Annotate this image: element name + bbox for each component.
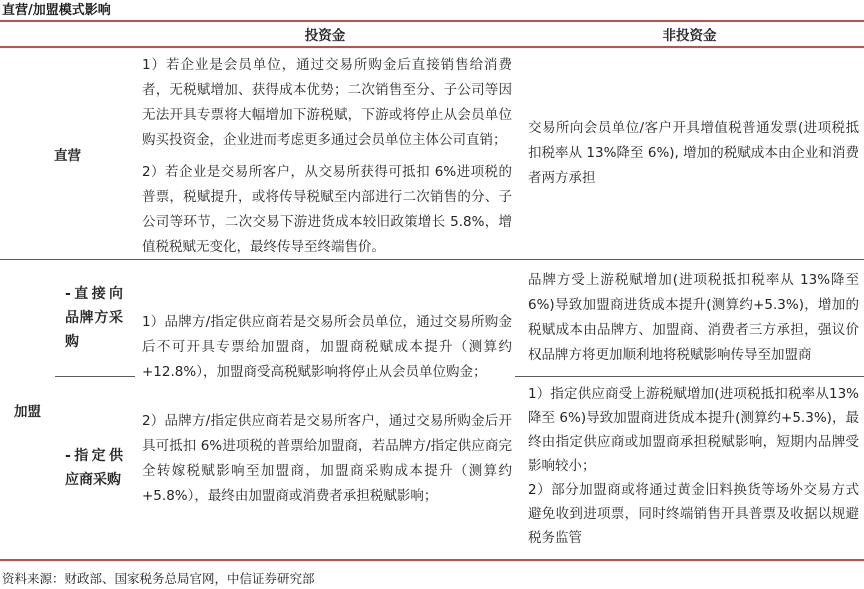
sublabel-designated-supplier: -指定供应商采购 (65, 444, 123, 492)
sublabel-direct-from-brand: -直接向品牌方采购 (65, 282, 123, 354)
direct-non-invest-gold-cell: 交易所向会员单位/客户开具增值税普通发票(进项税抵扣税率从 13%降至 6%),… (515, 48, 864, 260)
page-title: 直营/加盟模式影响 (0, 0, 864, 20)
franchise-non-invest-supplier-point-1: 1）指定供应商受上游税赋增加(进项税抵扣税率从13%降至 6%)导致加盟商进货成… (528, 382, 859, 478)
franchise-invest-point-1: 1）品牌方/指定供应商若是交易所会员单位，通过交易所购金后不可开具专票给加盟商，… (142, 310, 512, 385)
franchise-invest-point-2: 2）品牌方/指定供应商若是交易所客户，通过交易所购金后开具可抵扣 6%进项税的普… (142, 409, 512, 509)
franchise-invest-gold-cell: 1）品牌方/指定供应商若是交易所会员单位，通过交易所购金后不可开具专票给加盟商，… (135, 260, 515, 559)
column-header-non-invest-gold: 非投资金 (515, 22, 864, 48)
franchise-non-invest-supplier-cell: 1）指定供应商受上游税赋增加(进项税抵扣税率从13%降至 6%)导致加盟商进货成… (515, 377, 864, 559)
source-note: 资料来源：财政部、国家税务总局官网，中信证券研究部 (0, 561, 864, 587)
research-table-page: 直营/加盟模式影响 投资金 非投资金 直营 1）若企业是会员单位，通过交易所购金… (0, 0, 864, 589)
franchise-non-invest-supplier-point-2: 2）部分加盟商或将通过黄金旧料换货等场外交易方式避免收到进项票，同时终端销售开具… (528, 478, 859, 550)
sublabel-direct-from-brand-cell: -直接向品牌方采购 (55, 260, 135, 377)
direct-non-invest-text: 交易所向会员单位/客户开具增值税普通发票(进项税抵扣税率从 13%降至 6%),… (528, 116, 859, 191)
direct-invest-gold-cell: 1）若企业是会员单位，通过交易所购金后直接销售给消费者，无税赋增加、获得成本优势… (135, 48, 515, 260)
row-label-direct-operation: 直营 (0, 48, 135, 260)
sublabel-designated-supplier-cell: -指定供应商采购 (55, 377, 135, 559)
direct-invest-point-2: 2）若企业是交易所客户，从交易所获得可抵扣 6%进项税的普票，税赋提升，或将传导… (142, 160, 512, 260)
direct-invest-point-1: 1）若企业是会员单位，通过交易所购金后直接销售给消费者，无税赋增加、获得成本优势… (142, 53, 512, 153)
header-empty-cell (0, 22, 135, 48)
franchise-non-invest-brand-text: 品牌方受上游税赋增加(进项税抵扣税率从 13%降至6%)导致加盟商进货成本提升(… (528, 268, 859, 368)
column-header-invest-gold: 投资金 (135, 22, 515, 48)
impact-table: 投资金 非投资金 直营 1）若企业是会员单位，通过交易所购金后直接销售给消费者，… (0, 20, 864, 561)
franchise-non-invest-brand-cell: 品牌方受上游税赋增加(进项税抵扣税率从 13%降至6%)导致加盟商进货成本提升(… (515, 260, 864, 377)
row-label-franchise: 加盟 (0, 260, 55, 559)
